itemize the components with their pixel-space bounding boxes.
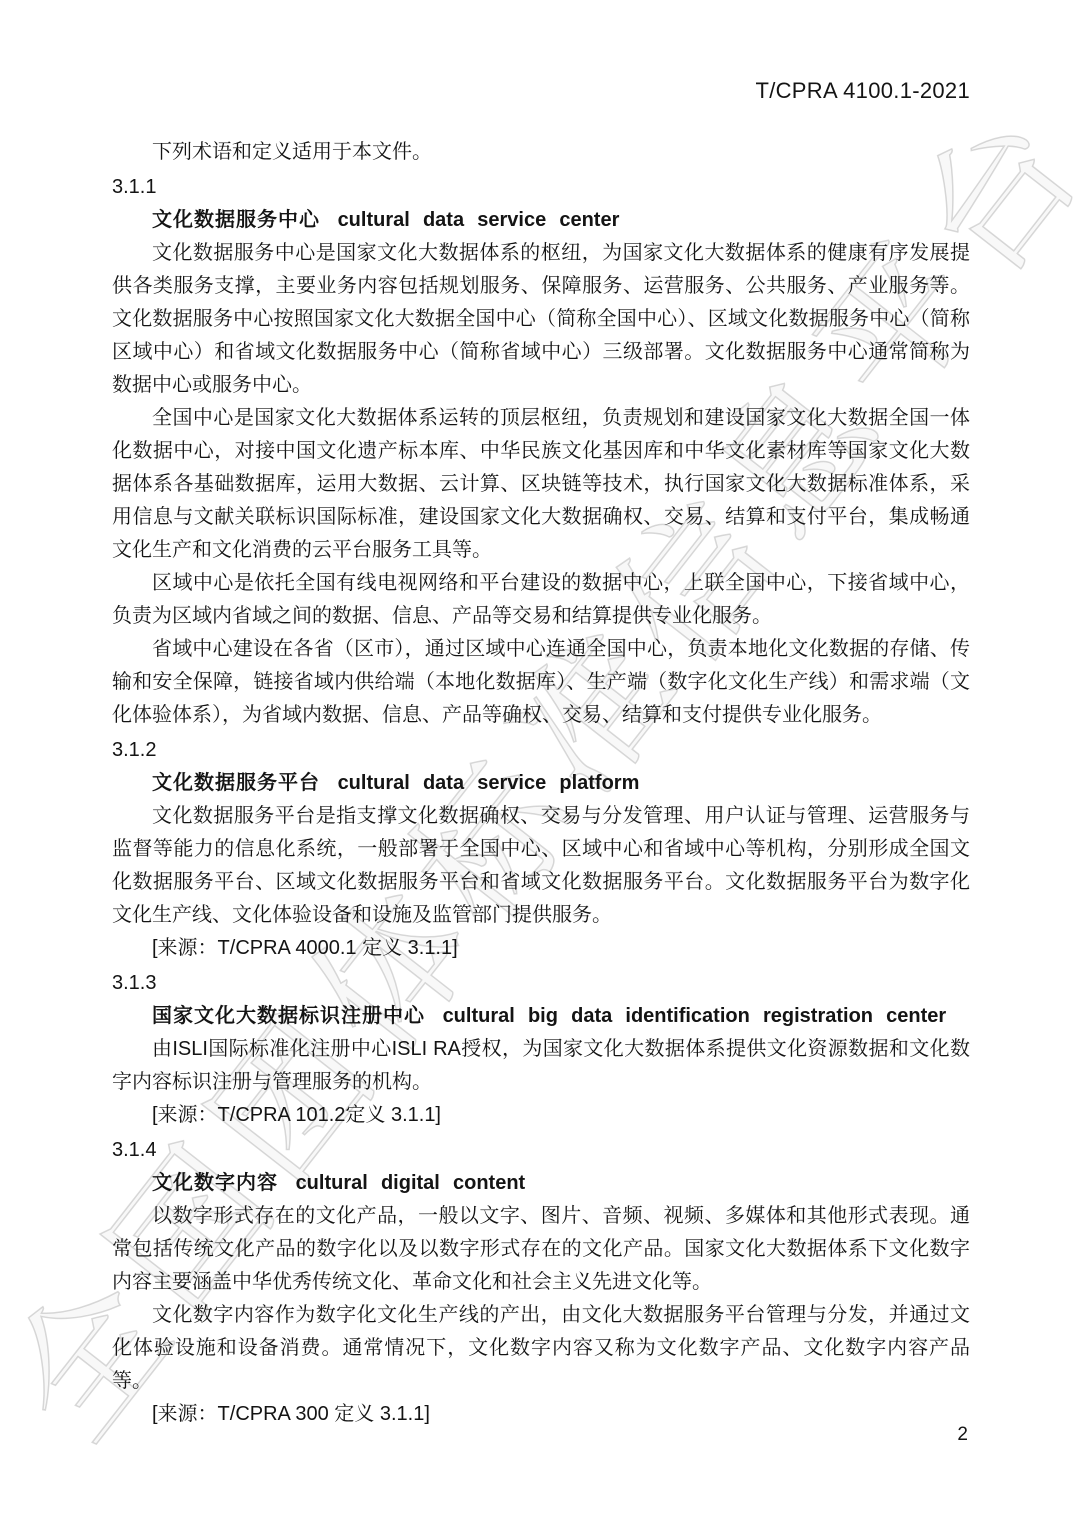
page-header: T/CPRA 4100.1-2021 <box>0 0 1080 104</box>
section-3-1-2: 3.1.2 文化数据服务平台 cultural data service pla… <box>112 734 970 965</box>
definition-paragraph: 省域中心建设在各省（区市），通过区域中心连通全国中心，负责本地化文化数据的存储、… <box>112 633 970 732</box>
intro-text: 下列术语和定义适用于本文件。 <box>112 136 970 169</box>
clause-number: 3.1.3 <box>112 967 970 1000</box>
term-zh: 文化数据服务中心 <box>152 209 320 231</box>
term-zh: 国家文化大数据标识注册中心 <box>152 1005 425 1027</box>
term-heading: 文化数据服务平台 cultural data service platform <box>112 767 970 800</box>
term-heading: 文化数据服务中心 cultural data service center <box>112 204 970 237</box>
definition-paragraph: 以数字形式存在的文化产品，一般以文字、图片、音频、视频、多媒体和其他形式表现。通… <box>112 1200 970 1299</box>
section-3-1-4: 3.1.4 文化数字内容 cultural digital content 以数… <box>112 1134 970 1431</box>
document-page: 全国团体标准信息平台 T/CPRA 4100.1-2021 下列术语和定义适用于… <box>0 0 1080 1528</box>
definition-paragraph: 文化数据服务平台是指支撑文化数据确权、交易与分发管理、用户认证与管理、运营服务与… <box>112 800 970 932</box>
term-zh: 文化数字内容 <box>152 1172 278 1194</box>
term-en: cultural big data identification registr… <box>443 1005 947 1027</box>
source-reference: [来源：T/CPRA 4000.1 定义 3.1.1] <box>112 932 970 965</box>
section-3-1-1: 3.1.1 文化数据服务中心 cultural data service cen… <box>112 171 970 732</box>
definition-paragraph: 全国中心是国家文化大数据体系运转的顶层枢纽，负责规划和建设国家文化大数据全国一体… <box>112 402 970 567</box>
term-heading: 国家文化大数据标识注册中心 cultural big data identifi… <box>112 1000 970 1033</box>
definition-paragraph: 文化数字内容作为数字化文化生产线的产出，由文化大数据服务平台管理与分发，并通过文… <box>112 1299 970 1398</box>
term-zh: 文化数据服务平台 <box>152 772 320 794</box>
clause-number: 3.1.2 <box>112 734 970 767</box>
definition-paragraph: 由ISLI国际标准化注册中心ISLI RA授权，为国家文化大数据体系提供文化资源… <box>112 1033 970 1099</box>
clause-number: 3.1.1 <box>112 171 970 204</box>
source-reference: [来源：T/CPRA 101.2定义 3.1.1] <box>112 1099 970 1132</box>
term-heading: 文化数字内容 cultural digital content <box>112 1167 970 1200</box>
source-reference: [来源：T/CPRA 300 定义 3.1.1] <box>112 1398 970 1431</box>
term-en: cultural data service platform <box>338 772 640 794</box>
clause-number: 3.1.4 <box>112 1134 970 1167</box>
term-en: cultural data service center <box>338 209 620 231</box>
page-number: 2 <box>957 1424 968 1446</box>
section-3-1-3: 3.1.3 国家文化大数据标识注册中心 cultural big data id… <box>112 967 970 1132</box>
definition-paragraph: 文化数据服务中心是国家文化大数据体系的枢纽，为国家文化大数据体系的健康有序发展提… <box>112 237 970 402</box>
definition-paragraph: 区域中心是依托全国有线电视网络和平台建设的数据中心，上联全国中心，下接省域中心，… <box>112 567 970 633</box>
terms-and-definitions: 下列术语和定义适用于本文件。 3.1.1 文化数据服务中心 cultural d… <box>112 136 970 1431</box>
doc-code: T/CPRA 4100.1-2021 <box>755 78 970 103</box>
term-en: cultural digital content <box>296 1172 526 1194</box>
